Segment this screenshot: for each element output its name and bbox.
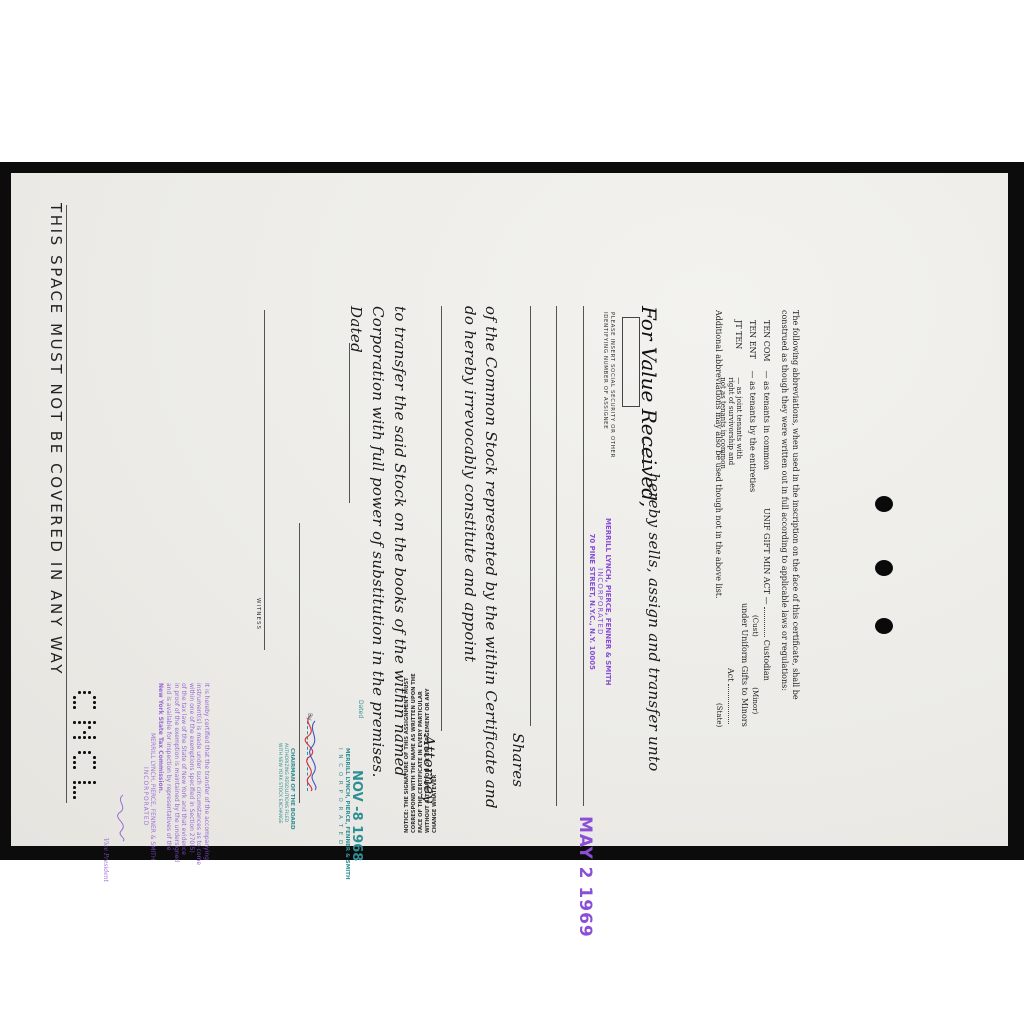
perforation-dot <box>93 721 96 724</box>
additional-text: Additional abbreviations may also be use… <box>714 310 723 599</box>
vp-signature <box>111 793 133 843</box>
minor-caption: (Minor) <box>751 687 759 714</box>
broker-stamp-address: 70 PINE STREET, N.Y.C., N.Y. 10005 <box>588 518 596 685</box>
broker-stamp-firm: MERRILL LYNCH, PIERCE, FENNER & SMITH <box>604 518 612 685</box>
custodian-label: Custodian <box>762 640 771 681</box>
perforation-dot <box>73 786 76 789</box>
perforation-dot <box>93 761 96 764</box>
abbr-ten-com: TEN COM — as tenants in common <box>762 320 771 470</box>
guarantee-incorporated: I N C O R P O R A T E D <box>337 748 343 846</box>
guarantee-firm: MERRILL LYNCH, PIERCE, FENNER & SMITH <box>344 748 350 880</box>
act-label: Act <box>726 668 735 681</box>
perforation-dot <box>93 781 96 784</box>
perforation-dot <box>93 706 96 709</box>
cust-blank <box>764 607 765 637</box>
abbr-meaning: — as tenants by the entireties <box>748 371 757 493</box>
perforation-dot <box>88 751 91 754</box>
perforation-dot <box>73 736 76 739</box>
constitute-clause: do hereby irrevocably constitute and app… <box>461 306 479 662</box>
ssn-label-line-1: PLEASE INSERT SOCIAL SECURITY OR OTHER <box>608 312 615 458</box>
perforation-dot <box>73 791 76 794</box>
abbreviations-intro: The following abbreviations, when used i… <box>779 310 801 740</box>
unif-gift-captions: (Cust) (Minor) <box>751 615 759 714</box>
perforation-dot <box>83 731 86 734</box>
abbr-code: TEN ENT <box>748 320 757 368</box>
unif-gift-min-act: UNIF GIFT MIN ACT — Custodian <box>762 508 771 681</box>
perforation-dot <box>93 736 96 739</box>
witness-line[interactable] <box>264 310 265 650</box>
guarantee-date-text: NOV -8 1968 <box>349 770 364 861</box>
for-value-underline <box>643 438 644 468</box>
common-stock-clause: of the Common Stock represented by the w… <box>482 306 500 809</box>
perforation-dot <box>73 701 76 704</box>
perforation-dot <box>73 721 76 724</box>
signature-blue <box>305 718 325 793</box>
tax-stamp-firm: MERRILL LYNCH, PIERCE, FENNER & SMITH IN… <box>142 733 156 860</box>
ssn-label-line-2: IDENTIFYING NUMBER OF ASSIGNEE <box>601 312 608 458</box>
guarantee-date: NOV -8 1968 <box>349 770 364 861</box>
perforation-dot <box>73 781 76 784</box>
perforation-dot <box>88 781 91 784</box>
shares-text: Shares <box>509 733 527 787</box>
guarantee-inc-text: I N C O R P O R A T E D <box>337 748 343 846</box>
ssn-box-label: PLEASE INSERT SOCIAL SECURITY OR OTHER I… <box>601 312 615 458</box>
margin-notice: THIS SPACE MUST NOT BE COVERED IN ANY WA… <box>47 203 65 676</box>
perforation-dot <box>88 726 91 729</box>
state-blank <box>728 684 729 724</box>
perforation-dot <box>78 691 81 694</box>
broker-stamp-date: MAY 2 1969 <box>575 816 595 938</box>
cancellation-perforation <box>63 691 113 811</box>
additional-abbreviations: Additional abbreviations may also be use… <box>714 310 723 599</box>
notice-text-content: NOTICE: THE SIGNATURE OF THIS ASSIGNMENT… <box>404 673 438 833</box>
abbr-code: TEN COM <box>762 320 771 368</box>
perforation-dot <box>93 701 96 704</box>
perforation-dot <box>83 781 86 784</box>
guarantee-auth-line-1: AUTHORIZING RESOLUTIONS FILED <box>282 743 288 824</box>
common-stock-text: of the Common Stock represented by the w… <box>482 306 500 809</box>
guarantee-title-text: CHAIRMAN OF THE BOARD <box>289 748 295 830</box>
assignee-line[interactable] <box>583 306 584 806</box>
cust-caption: (Cust) <box>751 615 759 685</box>
witness-text: WITNESS <box>255 598 261 630</box>
tax-stamp-line: New York State Tax Commission. <box>157 683 165 865</box>
perforation-dot <box>78 721 81 724</box>
sells-clause-text: hereby sells, assign and transfer unto <box>645 473 663 772</box>
tax-stamp-line: and is available for inspection by repre… <box>164 683 172 865</box>
perforation-dot <box>78 736 81 739</box>
binding-hole <box>875 496 893 512</box>
perforation-dot <box>73 761 76 764</box>
guarantee-dated-label: Dated <box>357 700 364 718</box>
perforation-dot <box>73 706 76 709</box>
perforation-dot <box>88 721 91 724</box>
perforation-dot <box>73 696 76 699</box>
perforation-dot <box>83 736 86 739</box>
abbr-code: JT TEN <box>734 320 743 375</box>
shares-line[interactable] <box>530 306 531 726</box>
perforation-dot <box>93 696 96 699</box>
abbr-ten-ent: TEN ENT — as tenants by the entireties <box>748 320 757 492</box>
guarantee-auth-line-2: WITH NEW YORK STOCK EXCHANGE <box>276 743 282 824</box>
corporation-text: Corporation with full power of substitut… <box>369 306 387 778</box>
tax-stamp-firm-text: MERRILL LYNCH, PIERCE, FENNER & SMITH <box>149 733 156 860</box>
binding-hole <box>875 560 893 576</box>
binding-hole <box>875 618 893 634</box>
perforation-dot <box>78 781 81 784</box>
sells-clause: hereby sells, assign and transfer unto <box>645 473 663 772</box>
perforation-dot <box>78 751 81 754</box>
perforation-dot <box>73 766 76 769</box>
unif-gift-state: (State) <box>715 703 723 727</box>
abbreviations-intro-text: The following abbreviations, when used i… <box>780 310 800 700</box>
witness-label: WITNESS <box>255 598 261 630</box>
tax-stamp-line: within one of the exemptions specified i… <box>187 683 195 865</box>
perforation-dot <box>73 796 76 799</box>
attorney-line[interactable] <box>441 306 442 731</box>
tax-stamp-title-text: Vice President <box>102 838 109 882</box>
broker-stamp: MERRILL LYNCH, PIERCE, FENNER & SMITH IN… <box>588 518 612 685</box>
tax-stamp-title: Vice President <box>102 838 109 882</box>
notice-text: NOTICE: THE SIGNATURE OF THIS ASSIGNMENT… <box>404 663 439 833</box>
guarantee-title: CHAIRMAN OF THE BOARD <box>289 748 295 830</box>
guarantee-dated-text: Dated <box>357 700 364 718</box>
perforation-dot <box>88 691 91 694</box>
under-text: under Uniform Gifts to Minors <box>740 603 749 727</box>
assignee-line[interactable] <box>556 306 557 806</box>
tax-stamp-line: of the tax law of the State of New York … <box>180 683 188 865</box>
dated-line[interactable] <box>349 343 350 503</box>
broker-date-text: MAY 2 1969 <box>575 816 595 938</box>
perforation-dot <box>83 721 86 724</box>
perforation-dot <box>93 756 96 759</box>
perforation-dot <box>83 691 86 694</box>
shares-label: Shares <box>509 733 527 787</box>
unif-gift-act: Act <box>726 668 735 724</box>
tax-certification-stamp: It is hereby certified that the transfer… <box>157 683 210 865</box>
broker-stamp-inc: INCORPORATED <box>596 518 604 685</box>
tax-stamp-line: instrument(s) is made under such circums… <box>195 683 203 865</box>
tax-stamp-line: It is hereby certified that the transfer… <box>202 683 210 865</box>
unif-gift-under: under Uniform Gifts to Minors <box>740 603 749 727</box>
constitute-text: do hereby irrevocably constitute and app… <box>461 306 479 662</box>
unif-gift-label: UNIF GIFT MIN ACT — <box>762 508 771 605</box>
perforation-dot <box>88 736 91 739</box>
state-caption: (State) <box>715 703 723 727</box>
guarantee-firm-text: MERRILL LYNCH, PIERCE, FENNER & SMITH <box>344 748 350 880</box>
tax-stamp-line: in proof of the exemption is maintained … <box>172 683 180 865</box>
abbr-meaning: — as tenants in common <box>762 371 771 471</box>
perforation-dot <box>73 756 76 759</box>
corporation-clause: Corporation with full power of substitut… <box>369 306 387 778</box>
guarantee-authorized: AUTHORIZING RESOLUTIONS FILED WITH NEW Y… <box>276 743 288 824</box>
perforation-dot <box>83 751 86 754</box>
tax-stamp-inc-text: INCORPORATED <box>142 733 149 860</box>
perforation-dot <box>93 766 96 769</box>
certificate-paper: THIS SPACE MUST NOT BE COVERED IN ANY WA… <box>11 173 1008 846</box>
